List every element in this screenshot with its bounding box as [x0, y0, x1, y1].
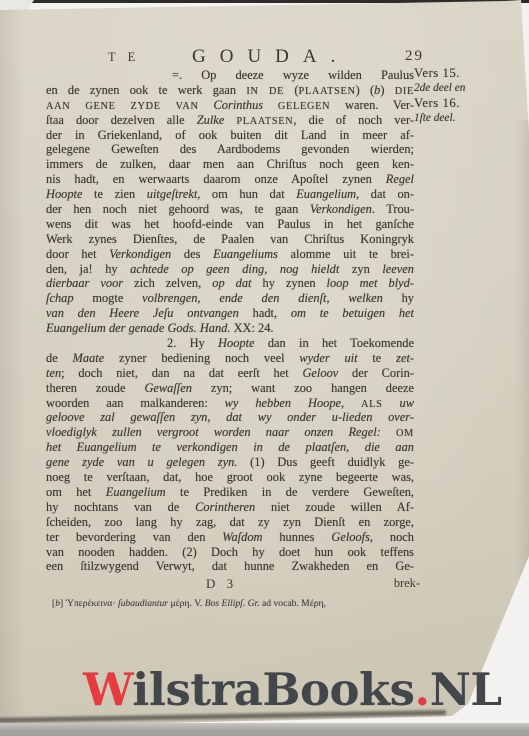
text-segment: ALS — [361, 399, 383, 410]
text-segment: ende den dienſt — [219, 291, 326, 305]
text-line: der hen noch niet gehoord was, te gaan V… — [46, 202, 414, 217]
text-segment: hy zynen — [252, 276, 327, 290]
text-segment: ) — [380, 83, 394, 97]
text-segment: hy nochtans van de — [46, 500, 195, 514]
page-number: 29 — [405, 48, 424, 65]
text-segment: ſchap — [46, 291, 74, 305]
text-segment: Verkondigen — [109, 247, 171, 261]
footnote: [b] Ὑπερέκεινα· ſubaudiantur μέρη. V. Bo… — [46, 598, 414, 609]
text-segment: den, ja! hy — [46, 262, 130, 276]
text-line: =. Op deeze wyze wilden Paulus — [46, 68, 414, 83]
text-segment: XX: 24. — [230, 321, 273, 335]
text-segment: ( — [284, 83, 298, 97]
margin-note: Vers 16. — [414, 96, 460, 111]
text-segment: volbrengen — [142, 291, 197, 305]
text-line: ter bevordering van den Waſdom hunnes Ge… — [46, 530, 414, 545]
text-segment: mogte — [74, 291, 143, 305]
text-segment: hy — [383, 291, 414, 305]
text-segment: ſcheiden, zoo lang hy zag, dat zy zyn Di… — [46, 515, 414, 529]
text-segment: DIE — [395, 86, 414, 97]
text-segment: wens dit was het hoofd-einde van Paulus … — [46, 217, 414, 231]
margin-note: 2de deel en — [414, 82, 465, 94]
text-segment: gelegene Geweſten des Aardbodems gevonde… — [46, 142, 414, 156]
text-segment: , — [341, 396, 361, 410]
text-segment: achtede op geen ding — [130, 262, 264, 276]
text-line: der in Griekenland, of ook buiten dit La… — [46, 128, 414, 143]
text-segment: Maate — [73, 351, 105, 365]
text-segment: en de zynen ook te werk gaan — [46, 83, 246, 97]
text-segment: wy hebben Hoope — [225, 396, 341, 410]
text-segment: zet- — [396, 351, 414, 365]
text-segment: het Euangelium te verkondigen in de plaa… — [46, 440, 414, 454]
text-segment: ter bevordering van den — [46, 530, 222, 544]
text-segment: gene zyde van u gelegen zyn. — [46, 455, 237, 469]
text-segment: om het — [46, 485, 106, 499]
text-line: van den Heere Jeſu ontvangen hadt, om te… — [46, 306, 414, 321]
text-segment: Euangelium der genade Gods. Hand. — [46, 321, 230, 335]
text-segment: zyn; want zoo hangen deeze — [192, 381, 414, 395]
text-segment: welken — [348, 291, 382, 305]
text-segment: Gewaſſen — [144, 381, 192, 395]
text-segment: immers de zulken, daar men aan Chriſtus … — [46, 157, 414, 171]
text-line: gene zyde van u gelegen zyn. (1) Dus gee… — [46, 455, 414, 470]
text-segment — [224, 113, 236, 127]
text-segment: ; doch niet, dan na dat eerſt het — [61, 366, 302, 380]
text-segment: noeg te verſtaan, dat, hoe groot ook zyn… — [46, 470, 414, 484]
text-segment: te Prediken in de verdere Geweſten, — [166, 485, 414, 499]
text-segment: , die of noch ver- — [293, 113, 414, 127]
text-line: de Maate zyner bediening noch veel wyder… — [46, 351, 414, 366]
text-segment: nis hadt, en werwaarts daarom onze Apoſt… — [46, 172, 386, 186]
text-segment: op dat — [212, 276, 251, 290]
running-header: TE GOUDA. 29 — [46, 46, 414, 66]
text-segment: dierbaar voor — [46, 276, 123, 290]
watermark: WilstraBooks.NL — [83, 666, 501, 714]
text-segment: Corintheren — [195, 500, 255, 514]
text-segment: Zulke — [197, 113, 225, 127]
text-segment: 2. Hy — [167, 336, 218, 350]
text-segment: =. Op deeze wyze wilden Paulus — [172, 68, 414, 82]
text-line: dierbaar voor zich zelven, op dat hy zyn… — [46, 276, 414, 291]
text-segment: , om hun dat — [197, 187, 296, 201]
text-line: ſcheiden, zoo lang hy zag, dat zy zyn Di… — [46, 515, 414, 530]
text-segment: Euangelium — [296, 187, 356, 201]
text-segment: Geloofs — [331, 530, 370, 544]
catchword: brek- — [394, 576, 420, 591]
text-segment: een ſtilzwygend Verwyt, dat hunne Zwakhe… — [46, 559, 414, 573]
photo-background: TE GOUDA. 29 =. Op deeze wyze wilden Pau… — [0, 0, 529, 736]
text-segment: , dat on- — [356, 187, 414, 201]
signature-mark: D 3 — [206, 576, 237, 592]
text-line: AAN GENE ZYDE VAN Corinthus GELEGEN ware… — [46, 98, 414, 113]
text-segment: Waſdom — [222, 530, 262, 544]
text-segment: om te betuigen het — [291, 306, 414, 320]
text-segment: GELEGEN — [278, 101, 330, 112]
text-line: geloove zal gewaſſen zyn, dat wy onder u… — [46, 410, 414, 425]
margin-note: 1ſte deel. — [414, 112, 455, 124]
text-segment: OM — [396, 428, 414, 439]
header-place-prefix: TE — [108, 50, 147, 65]
text-segment: loop met blyd- — [327, 276, 414, 290]
text-segment: . Trou- — [372, 202, 414, 216]
text-line: ten; doch niet, dan na dat eerſt het Gel… — [46, 366, 414, 381]
footnote-segment: ſubaudiantur — [118, 598, 168, 609]
text-segment: ) ( — [356, 83, 375, 97]
text-segment: de — [46, 351, 73, 365]
text-segment: des — [171, 247, 213, 261]
text-segment: (1) Dus geeft duidlyk ge- — [237, 455, 414, 469]
text-segment: PLAATSEN — [236, 116, 293, 127]
text-line: ſchap mogte volbrengen, ende den dienſt,… — [46, 291, 414, 306]
text-segment: wyder uit — [299, 351, 357, 365]
text-segment: der Corin- — [338, 366, 414, 380]
text-segment: , — [197, 291, 219, 305]
margin-note: Vers 15. — [414, 66, 460, 81]
text-line: wens dit was het hoofd-einde van Paulus … — [46, 217, 414, 232]
text-segment — [383, 396, 400, 410]
text-line: een ſtilzwygend Verwyt, dat hunne Zwakhe… — [46, 559, 414, 574]
text-segment: zyn — [339, 262, 382, 276]
text-segment: IN DE — [246, 86, 284, 97]
footnote-segment: Bos Ellipſ. Gr. — [205, 598, 260, 609]
text-segment: theren zoude — [46, 381, 144, 395]
text-line: Euangelium der genade Gods. Hand. XX: 24… — [46, 321, 414, 336]
text-segment: Geloov — [302, 366, 338, 380]
text-segment: alomme uit te brei- — [278, 247, 414, 261]
text-segment: Euangeliums — [213, 247, 278, 261]
text-line: en de zynen ook te werk gaan IN DE (PLAA… — [46, 83, 414, 98]
text-line: theren zoude Gewaſſen zyn; want zoo hang… — [46, 381, 414, 396]
text-segment: Hoopte — [218, 336, 254, 350]
text-line: gelegene Geweſten des Aardbodems gevonde… — [46, 142, 414, 157]
text-segment: zyner bediening noch veel — [104, 351, 299, 365]
text-segment: PLAATSEN — [299, 86, 356, 97]
text-segment: uw — [400, 396, 414, 410]
text-segment: , — [326, 291, 348, 305]
text-segment: , — [264, 262, 280, 276]
text-segment: Regel — [386, 172, 414, 186]
text-line: het Euangelium te verkondigen in de plaa… — [46, 440, 414, 455]
text-segment: woorden aan malkanderen: — [46, 396, 225, 410]
text-segment: Euangelium — [106, 485, 166, 499]
text-segment: te — [358, 351, 397, 365]
text-line: door het Verkondigen des Euangeliums alo… — [46, 247, 414, 262]
footer-line: D 3 brek- — [46, 576, 414, 592]
text-segment: der hen noch niet gehoord was, te gaan — [46, 202, 310, 216]
text-line: den, ja! hy achtede op geen ding, nog hi… — [46, 262, 414, 277]
body-text: =. Op deeze wyze wilden Paulusen de zyne… — [46, 68, 414, 574]
text-segment: waren. Ver- — [330, 98, 414, 112]
text-line: nis hadt, en werwaarts daarom onze Apoſt… — [46, 172, 414, 187]
text-segment: geloove zal gewaſſen zyn, dat wy onder u… — [46, 410, 414, 424]
text-segment: zich zelven, — [123, 276, 212, 290]
text-segment: , noch — [370, 530, 414, 544]
text-segment: van den Heere Jeſu ontvangen — [46, 306, 239, 320]
text-segment: Corinthus — [214, 98, 264, 112]
text-segment: door het — [46, 247, 109, 261]
watermark-segment: ilstraBooks — [132, 663, 414, 716]
page-title: GOUDA. — [192, 46, 349, 68]
footnote-segment: ad vocab. Μέρη, — [260, 598, 326, 609]
book-page: TE GOUDA. 29 =. Op deeze wyze wilden Pau… — [0, 0, 529, 736]
text-segment: AAN GENE ZYDE VAN — [46, 101, 214, 112]
text-segment: dan in het Toekomende — [255, 336, 414, 350]
footnote-segment: ] Ὑπερέκεινα· — [60, 598, 118, 609]
text-line: om het Euangelium te Prediken in de verd… — [46, 485, 414, 500]
text-segment: vloediglyk zullen vergroot worden naar o… — [46, 425, 381, 439]
text-line: woorden aan malkanderen: wy hebben Hoope… — [46, 396, 414, 411]
footnote-segment: μέρη. V. — [168, 598, 205, 609]
watermark-segment: . — [415, 663, 430, 716]
text-segment: hunnes — [262, 530, 331, 544]
printed-area: TE GOUDA. 29 =. Op deeze wyze wilden Pau… — [46, 46, 414, 609]
text-segment: van nooden hadden. (2) Doch hy doet hun … — [46, 545, 414, 559]
text-segment: der in Griekenland, of ook buiten dit La… — [46, 128, 414, 142]
text-segment: leeven — [382, 262, 414, 276]
text-line: van nooden hadden. (2) Doch hy doet hun … — [46, 545, 414, 560]
text-segment: nog hieldt — [280, 262, 339, 276]
text-line: immers de zulken, daar men aan Chriſtus … — [46, 157, 414, 172]
text-line: 2. Hy Hoopte dan in het Toekomende — [46, 336, 414, 351]
text-segment: te zien — [82, 187, 146, 201]
text-segment: niet zoude willen Af- — [255, 500, 414, 514]
text-segment: uitgeſtrekt — [147, 187, 197, 201]
text-segment: Hoopte — [46, 187, 82, 201]
watermark-segment: W — [83, 663, 132, 716]
watermark-segment: NL — [430, 663, 502, 716]
text-segment: hadt, — [239, 306, 291, 320]
text-line: Hoopte te zien uitgeſtrekt, om hun dat E… — [46, 187, 414, 202]
photo-bottom-edge — [0, 723, 529, 736]
text-segment: ſtaa door dezelven alle — [46, 113, 197, 127]
text-segment: Werk zynes Dienſtes, de Paalen van Chriſ… — [46, 232, 414, 246]
text-segment — [381, 425, 396, 439]
text-segment — [263, 98, 278, 112]
text-line: hy nochtans van de Corintheren niet zoud… — [46, 500, 414, 515]
text-segment: Verkondigen — [310, 202, 372, 216]
text-line: vloediglyk zullen vergroot worden naar o… — [46, 425, 414, 440]
text-line: noeg te verſtaan, dat, hoe groot ook zyn… — [46, 470, 414, 485]
text-segment: ten — [46, 366, 61, 380]
text-line: ſtaa door dezelven alle Zulke PLAATSEN, … — [46, 113, 414, 128]
text-line: Werk zynes Dienſtes, de Paalen van Chriſ… — [46, 232, 414, 247]
